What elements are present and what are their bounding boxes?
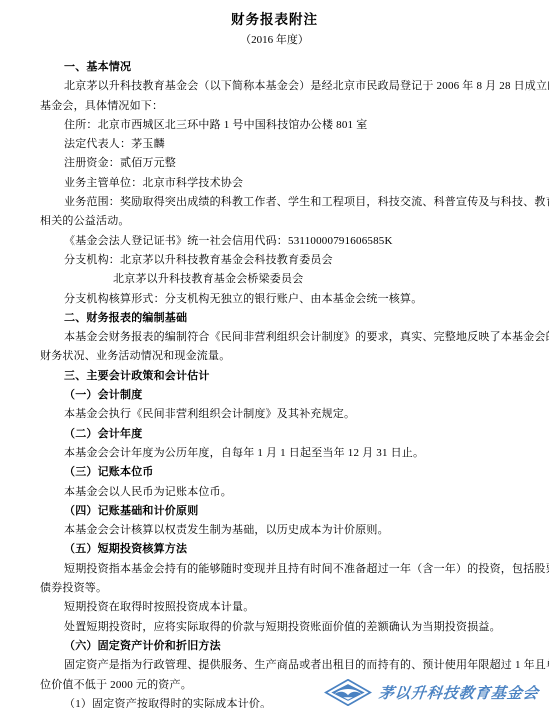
paragraph-line: 相关的公益活动。 <box>40 212 510 231</box>
foundation-watermark: 茅以升科技教育基金会 <box>324 679 539 706</box>
paragraph-line: 住所：北京市西城区北三环中路 1 号中国科技馆办公楼 801 室 <box>40 116 510 135</box>
paragraph-line: 财务状况、业务活动情况和现金流量。 <box>40 347 510 366</box>
paragraph-line: 《基金会法人登记证书》统一社会信用代码：53110000791606585K <box>40 232 510 251</box>
paragraph-line: 固定资产是指为行政管理、提供服务、生产商品或者出租目的而持有的、预计使用年限超过… <box>40 656 510 675</box>
subsection-heading: （三）记账本位币 <box>40 463 510 482</box>
subsection-heading: （二）会计年度 <box>40 425 510 444</box>
foundation-logo-icon <box>324 679 372 706</box>
paragraph-line: 北京茅以升科技教育基金会桥梁委员会 <box>40 270 510 289</box>
paragraph-line: 债券投资等。 <box>40 579 510 598</box>
paragraph-line: 短期投资指本基金会持有的能够随时变现并且持有时间不准备超过一年（含一年）的投资，… <box>40 560 510 579</box>
paragraph-line: 注册资金：贰佰万元整 <box>40 154 510 173</box>
paragraph-line: 业务范围：奖励取得突出成绩的科教工作者、学生和工程项目，科技交流、科普宣传及与科… <box>40 193 510 212</box>
paragraph-line: 本基金会会计核算以权责发生制为基础，以历史成本为计价原则。 <box>40 521 510 540</box>
paragraph-line: 本基金会执行《民间非营利组织会计制度》及其补充规定。 <box>40 405 510 424</box>
document-body: 一、基本情况北京茅以升科技教育基金会（以下简称本基金会）是经北京市民政局登记于 … <box>0 51 549 708</box>
paragraph-line: 处置短期投资时，应将实际取得的价款与短期投资账面价值的差额确认为当期投资损益。 <box>40 618 510 637</box>
paragraph-line: 业务主管单位：北京市科学技术协会 <box>40 174 510 193</box>
section-heading: 三、主要会计政策和会计估计 <box>40 367 510 386</box>
subsection-heading: （四）记账基础和计价原则 <box>40 502 510 521</box>
paragraph-line: 分支机构：北京茅以升科技教育基金会科技教育委员会 <box>40 251 510 270</box>
paragraph-line: 本基金会财务报表的编制符合《民间非营利组织会计制度》的要求，真实、完整地反映了本… <box>40 328 510 347</box>
section-heading: 二、财务报表的编制基础 <box>40 309 510 328</box>
subsection-heading: （一）会计制度 <box>40 386 510 405</box>
document-title: 财务报表附注 <box>0 0 549 30</box>
section-heading: 一、基本情况 <box>40 58 510 77</box>
paragraph-line: 短期投资在取得时按照投资成本计量。 <box>40 598 510 617</box>
foundation-name: 茅以升科技教育基金会 <box>378 682 540 703</box>
paragraph-line: 本基金会以人民币为记账本位币。 <box>40 483 510 502</box>
subsection-heading: （五）短期投资核算方法 <box>40 540 510 559</box>
paragraph-line: 法定代表人：茅玉麟 <box>40 135 510 154</box>
document-page: 财务报表附注 （2016 年度） 一、基本情况北京茅以升科技教育基金会（以下简称… <box>0 0 549 708</box>
document-subtitle: （2016 年度） <box>0 30 549 51</box>
paragraph-line: 北京茅以升科技教育基金会（以下简称本基金会）是经北京市民政局登记于 2006 年… <box>40 77 510 96</box>
subsection-heading: （六）固定资产计价和折旧方法 <box>40 637 510 656</box>
paragraph-line: 本基金会会计年度为公历年度，自每年 1 月 1 日起至当年 12 月 31 日止… <box>40 444 510 463</box>
paragraph-line: 基金会，具体情况如下： <box>40 97 510 116</box>
paragraph-line: 分支机构核算形式：分支机构无独立的银行账户、由本基金会统一核算。 <box>40 290 510 309</box>
